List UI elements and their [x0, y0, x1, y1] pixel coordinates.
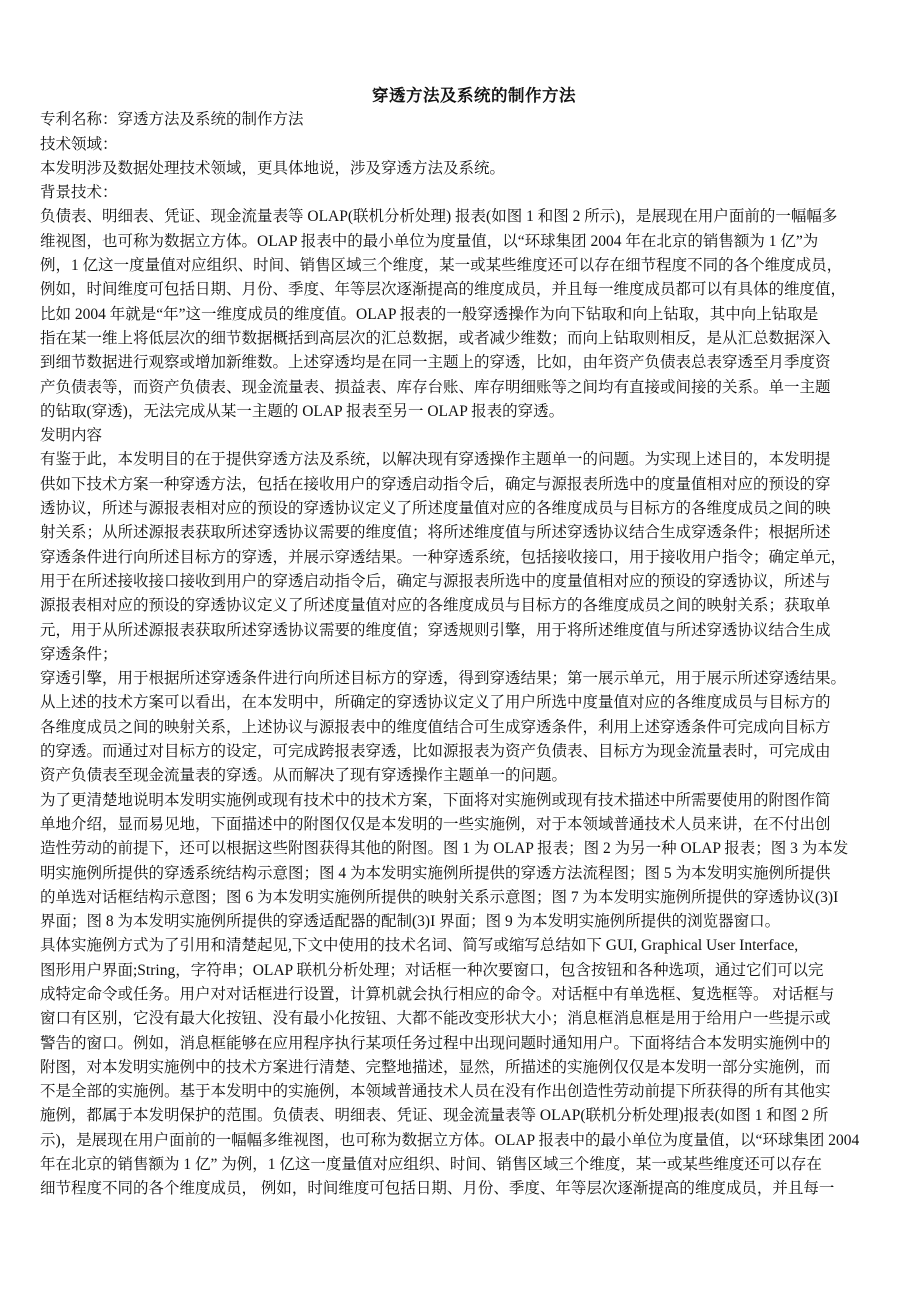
text-line: 到细节数据进行观察或增加新维数。上述穿透均是在同一主题上的穿透，比如，由年资产负…	[40, 351, 908, 375]
text-line: 明实施例所提供的穿透系统结构示意图；图 4 为本发明实施例所提供的穿透方法流程图…	[40, 862, 908, 886]
text-line: 元，用于从所述源报表获取所述穿透协议需要的维度值；穿透规则引擎，用于将所述维度值…	[40, 619, 908, 643]
text-line: 的单选对话框结构示意图；图 6 为本发明实施例所提供的映射关系示意图；图 7 为…	[40, 886, 908, 910]
text-line: 技术领域：	[40, 133, 908, 157]
text-line: 窗口有区别，它没有最大化按钮、没有最小化按钮、大都不能改变形状大小；消息框消息框…	[40, 1007, 908, 1031]
text-line: 负债表、明细表、凭证、现金流量表等 OLAP(联机分析处理) 报表(如图 1 和…	[40, 205, 908, 229]
text-line: 施例，都属于本发明保护的范围。负债表、明细表、凭证、现金流量表等 OLAP(联机…	[40, 1104, 908, 1128]
text-line: 为了更清楚地说明本发明实施例或现有技术中的技术方案，下面将对实施例或现有技术描述…	[40, 789, 908, 813]
text-line: 穿透条件进行向所述目标方的穿透，并展示穿透结果。一种穿透系统，包括接收接口，用于…	[40, 546, 908, 570]
text-line: 例，1 亿这一度量值对应组织、时间、销售区域三个维度，某一或某些维度还可以存在细…	[40, 254, 908, 278]
text-line: 界面；图 8 为本发明实施例所提供的穿透适配器的配制(3)I 界面；图 9 为本…	[40, 910, 908, 934]
text-line: 专利名称：穿透方法及系统的制作方法	[40, 108, 908, 132]
text-line: 穿透条件；	[40, 643, 908, 667]
patent-document-page: 穿透方法及系统的制作方法 专利名称：穿透方法及系统的制作方法技术领域：本发明涉及…	[0, 0, 920, 1302]
text-line: 供如下技术方案一种穿透方法，包括在接收用户的穿透启动指令后，确定与源报表所选中的…	[40, 473, 908, 497]
text-line: 附图，对本发明实施例中的技术方案进行清楚、完整地描述，显然，所描述的实施例仅仅是…	[40, 1056, 908, 1080]
text-line: 的穿透。而通过对目标方的设定，可完成跨报表穿透，比如源报表为资产负债表、目标方为…	[40, 740, 908, 764]
text-line: 透协议，所述与源报表相对应的预设的穿透协议定义了所述度量值对应的各维度成员与目标…	[40, 497, 908, 521]
text-line: 有鉴于此，本发明目的在于提供穿透方法及系统，以解决现有穿透操作主题单一的问题。为…	[40, 448, 908, 472]
text-line: 穿透引擎，用于根据所述穿透条件进行向所述目标方的穿透，得到穿透结果；第一展示单元…	[40, 667, 908, 691]
text-line: 指在某一维上将低层次的细节数据概括到高层次的汇总数据，或者减少维数；而向上钻取则…	[40, 327, 908, 351]
body-text: 专利名称：穿透方法及系统的制作方法技术领域：本发明涉及数据处理技术领域，更具体地…	[40, 108, 908, 1201]
text-line: 产负债表等，而资产负债表、现金流量表、损益表、库存台账、库存明细账等之间均有直接…	[40, 376, 908, 400]
text-line: 本发明涉及数据处理技术领域，更具体地说，涉及穿透方法及系统。	[40, 157, 908, 181]
text-line: 图形用户界面;String，字符串；OLAP 联机分析处理；对话框一种次要窗口，…	[40, 959, 908, 983]
document-title: 穿透方法及系统的制作方法	[40, 84, 908, 108]
text-line: 示)，是展现在用户面前的一幅幅多维视图，也可称为数据立方体。OLAP 报表中的最…	[40, 1129, 908, 1153]
text-line: 从上述的技术方案可以看出，在本发明中，所确定的穿透协议定义了用户所选中度量值对应…	[40, 691, 908, 715]
text-line: 的钻取(穿透)，无法完成从某一主题的 OLAP 报表至另一 OLAP 报表的穿透…	[40, 400, 908, 424]
text-line: 年在北京的销售额为 1 亿” 为例，1 亿这一度量值对应组织、时间、销售区域三个…	[40, 1153, 908, 1177]
text-line: 资产负债表至现金流量表的穿透。从而解决了现有穿透操作主题单一的问题。	[40, 764, 908, 788]
text-line: 比如 2004 年就是“年”这一维度成员的维度值。OLAP 报表的一般穿透操作为…	[40, 303, 908, 327]
text-line: 警告的窗口。例如，消息框能够在应用程序执行某项任务过程中出现问题时通知用户。下面…	[40, 1032, 908, 1056]
text-line: 射关系；从所述源报表获取所述穿透协议需要的维度值；将所述维度值与所述穿透协议结合…	[40, 521, 908, 545]
text-line: 维视图，也可称为数据立方体。OLAP 报表中的最小单位为度量值，以“环球集团 2…	[40, 230, 908, 254]
text-line: 各维度成员之间的映射关系，上述协议与源报表中的维度值结合可生成穿透条件，利用上述…	[40, 716, 908, 740]
text-line: 成特定命令或任务。用户对对话框进行设置，计算机就会执行相应的命令。对话框中有单选…	[40, 983, 908, 1007]
text-line: 细节程度不同的各个维度成员， 例如，时间维度可包括日期、月份、季度、年等层次逐渐…	[40, 1177, 908, 1201]
text-line: 例如，时间维度可包括日期、月份、季度、年等层次逐渐提高的维度成员，并且每一维度成…	[40, 278, 908, 302]
text-line: 造性劳动的前提下，还可以根据这些附图获得其他的附图。图 1 为 OLAP 报表；…	[40, 837, 908, 861]
text-line: 不是全部的实施例。基于本发明中的实施例，本领域普通技术人员在没有作出创造性劳动前…	[40, 1080, 908, 1104]
text-line: 源报表相对应的预设的穿透协议定义了所述度量值对应的各维度成员与目标方的各维度成员…	[40, 594, 908, 618]
text-line: 发明内容	[40, 424, 908, 448]
text-line: 用于在所述接收接口接收到用户的穿透启动指令后，确定与源报表所选中的度量值相对应的…	[40, 570, 908, 594]
text-line: 背景技术：	[40, 181, 908, 205]
text-content: 穿透方法及系统的制作方法 专利名称：穿透方法及系统的制作方法技术领域：本发明涉及…	[40, 84, 908, 1202]
text-line: 单地介绍，显而易见地，下面描述中的附图仅仅是本发明的一些实施例，对于本领域普通技…	[40, 813, 908, 837]
text-line: 具体实施例方式为了引用和清楚起见,下文中使用的技术名词、简写或缩写总结如下 GU…	[40, 934, 908, 958]
